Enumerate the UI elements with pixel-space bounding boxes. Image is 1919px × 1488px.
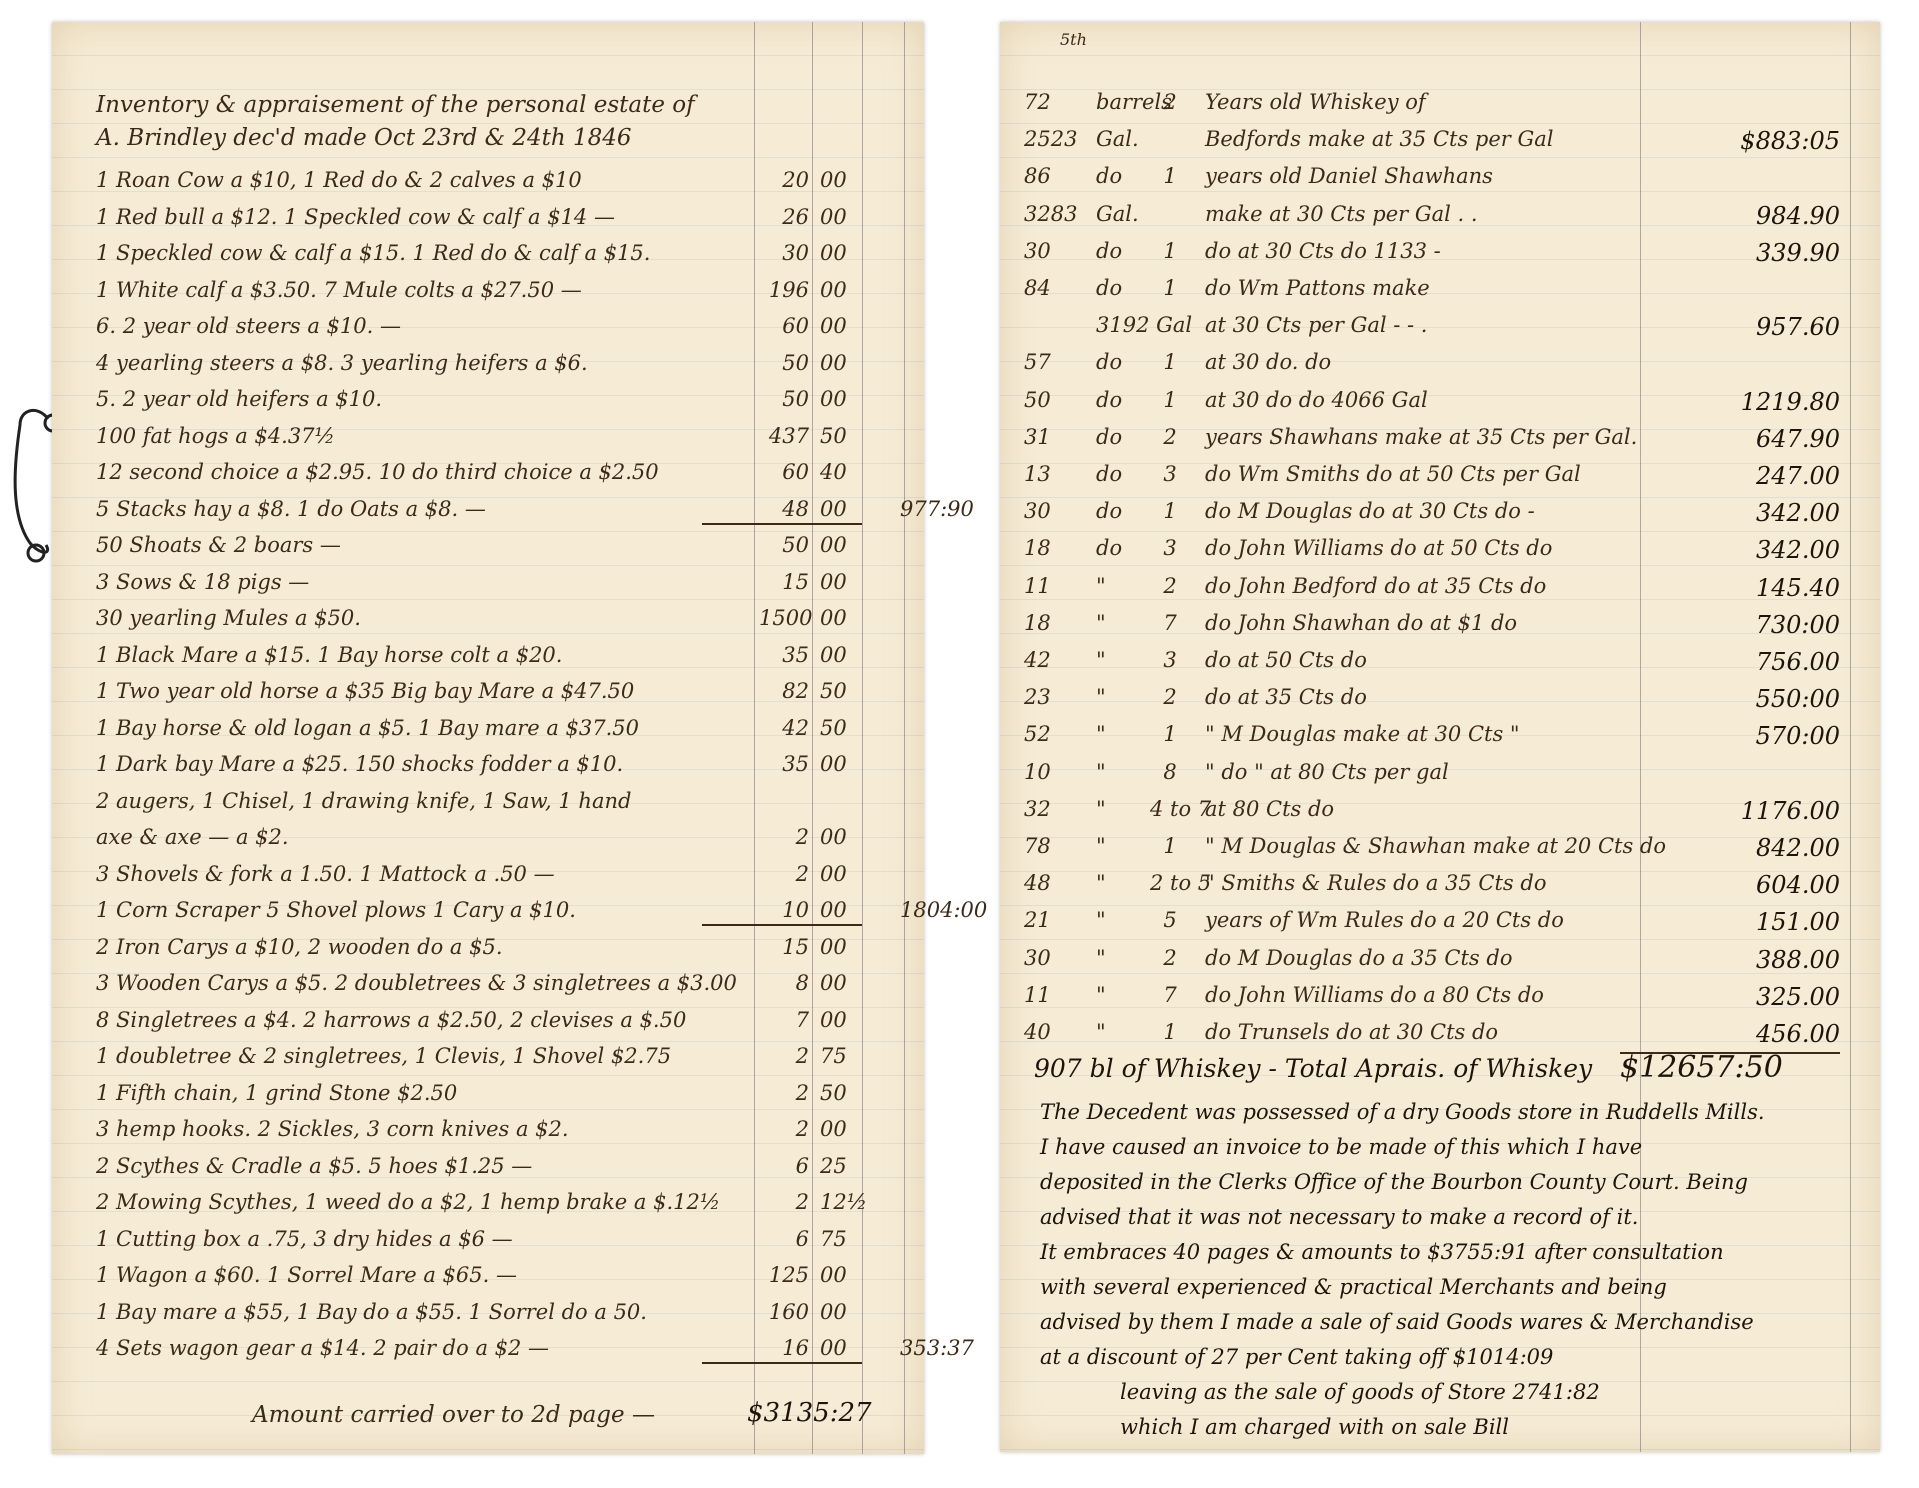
whiskey-row: 2523Gal.Bedfords make at 35 Cts per Gal$… [1000,121,1880,161]
item-cents: 00 [820,1336,860,1360]
whiskey-row: 57do1at 30 do. do [1000,344,1880,384]
inventory-row: 1 Bay horse & old logan a $5. 1 Bay mare… [52,710,924,744]
inventory-row: 5. 2 year old heifers a $10.5000 [52,381,924,415]
carried-over-total: $3135:27 [747,1398,872,1428]
item-dollars: 42 [759,716,809,740]
item-dollars: 10 [759,898,809,922]
page-subtotal: 1804:00 [900,898,987,922]
item-dollars: 20 [759,168,809,192]
barrel-count: 52 [1024,722,1084,746]
whiskey-description: " M Douglas & Shawhan make at 20 Cts do [1205,834,1666,858]
item-description: 1 Bay horse & old logan a $5. 1 Bay mare… [96,716,639,740]
barrel-count: 30 [1024,946,1084,970]
inventory-row: 2 Mowing Scythes, 1 weed do a $2, 1 hemp… [52,1184,924,1218]
item-cents: 00 [820,1300,860,1324]
item-cents: 40 [820,460,860,484]
whiskey-amount: 842.00 [1690,834,1840,862]
unit: Gal. [1096,127,1176,151]
item-cents: 00 [820,935,860,959]
age-years: 3 [1150,648,1190,672]
inventory-row: 1 Corn Scraper 5 Shovel plows 1 Cary a $… [52,892,924,926]
page-marker: 5th [1060,30,1087,49]
age-years: 1 [1150,499,1190,523]
whiskey-description: do at 35 Cts do [1205,685,1367,709]
item-description: 3 Wooden Carys a $5. 2 doubletrees & 3 s… [96,971,737,995]
item-description: 1 doubletree & 2 singletrees, 1 Clevis, … [96,1044,671,1068]
page-subtotal: 977:90 [900,497,974,521]
barrel-count: 40 [1024,1020,1084,1044]
barrel-count: 86 [1024,164,1084,188]
whiskey-amount: 339.90 [1690,239,1840,267]
item-dollars: 26 [759,205,809,229]
age-years: 7 [1150,611,1190,635]
item-dollars: 15 [759,935,809,959]
unit: Gal. [1096,202,1176,226]
item-description: 2 Scythes & Cradle a $5. 5 hoes $1.25 — [96,1154,532,1178]
whiskey-row: 18do3do John Williams do at 50 Cts do342… [1000,530,1880,570]
whiskey-amount: 247.00 [1690,462,1840,490]
barrel-count: 50 [1024,388,1084,412]
barrel-count: 21 [1024,908,1084,932]
whiskey-row: 13do3do Wm Smiths do at 50 Cts per Gal24… [1000,456,1880,496]
item-cents: 00 [820,606,860,630]
whiskey-row: 3192 Galat 30 Cts per Gal - - .957.60 [1000,307,1880,347]
whiskey-amount: 756.00 [1690,648,1840,676]
age-years: 1 [1150,276,1190,300]
inventory-row: 3 Shovels & fork a 1.50. 1 Mattock a .50… [52,856,924,890]
item-description: 1 Two year old horse a $35 Big bay Mare … [96,679,634,703]
subtotal-rule [702,523,862,525]
whiskey-row: 72barrels2Years old Whiskey of [1000,84,1880,124]
whiskey-amount: 1176.00 [1690,797,1840,825]
item-description: 1 Cutting box a .75, 3 dry hides a $6 — [96,1227,513,1251]
inventory-row: 1 Cutting box a .75, 3 dry hides a $6 —6… [52,1221,924,1255]
note-line: I have caused an invoice to be made of t… [1040,1135,1642,1159]
item-description: 5. 2 year old heifers a $10. [96,387,382,411]
whiskey-amount: 151.00 [1690,908,1840,936]
item-cents: 50 [820,679,860,703]
age-years: 1 [1150,722,1190,746]
whiskey-description: at 30 do do 4066 Gal [1205,388,1428,412]
inventory-row: 6. 2 year old steers a $10. —6000 [52,308,924,342]
age-years: 3 [1150,462,1190,486]
barrel-count: 78 [1024,834,1084,858]
item-cents: 00 [820,898,860,922]
barrel-count: 11 [1024,574,1084,598]
inventory-row: 1 Fifth chain, 1 grind Stone $2.50250 [52,1075,924,1109]
whiskey-amount: 1219.80 [1690,388,1840,416]
item-cents: 75 [820,1227,860,1251]
whiskey-row: 21"5years of Wm Rules do a 20 Cts do151.… [1000,902,1880,942]
item-dollars: 82 [759,679,809,703]
inventory-row: 1 Wagon a $60. 1 Sorrel Mare a $65. —125… [52,1257,924,1291]
age-years: 3 [1150,536,1190,560]
inventory-row: 12 second choice a $2.95. 10 do third ch… [52,454,924,488]
item-dollars: 8 [759,971,809,995]
whiskey-amount: 984.90 [1690,202,1840,230]
item-cents: 00 [820,752,860,776]
age-years: 4 to 7 [1150,797,1190,821]
item-cents: 00 [820,825,860,849]
whiskey-description: at 80 Cts do [1205,797,1334,821]
item-dollars: 437 [759,424,809,448]
item-cents: 00 [820,168,860,192]
item-dollars: 2 [759,1081,809,1105]
whiskey-row: 11"2do John Bedford do at 35 Cts do145.4… [1000,568,1880,608]
age-years: 7 [1150,983,1190,1007]
item-description: 1 Wagon a $60. 1 Sorrel Mare a $65. — [96,1263,517,1287]
whiskey-row: 30do1do at 30 Cts do 1133 -339.90 [1000,233,1880,273]
barrel-count: 11 [1024,983,1084,1007]
whiskey-description: do M Douglas do a 35 Cts do [1205,946,1512,970]
age-years: 1 [1150,350,1190,374]
age-years: 2 to 5 [1150,871,1190,895]
item-dollars: 196 [759,278,809,302]
item-cents: 00 [820,387,860,411]
item-cents: 00 [820,241,860,265]
inventory-row: 3 Wooden Carys a $5. 2 doubletrees & 3 s… [52,965,924,999]
item-description: 1 Fifth chain, 1 grind Stone $2.50 [96,1081,457,1105]
barrel-count: 3283 [1024,202,1084,226]
item-cents: 50 [820,1081,860,1105]
whiskey-description: do M Douglas do at 30 Cts do - [1205,499,1535,523]
age-years: 2 [1150,946,1190,970]
item-description: 4 Sets wagon gear a $14. 2 pair do a $2 … [96,1336,549,1360]
note-line: at a discount of 27 per Cent taking off … [1040,1345,1553,1369]
item-cents: 00 [820,1008,860,1032]
item-description: 3 Sows & 18 pigs — [96,570,309,594]
age-years: 1 [1150,164,1190,188]
subtotal-rule [702,924,862,926]
inventory-row: axe & axe — a $2.200 [52,819,924,853]
age-years: 5 [1150,908,1190,932]
item-dollars: 15 [759,570,809,594]
item-cents: 00 [820,971,860,995]
item-dollars: 48 [759,497,809,521]
age-years: 2 [1150,425,1190,449]
item-dollars: 125 [759,1263,809,1287]
whiskey-description: do Trunsels do at 30 Cts do [1205,1020,1498,1044]
note-line: advised by them I made a sale of said Go… [1040,1310,1754,1334]
barrel-count: 31 [1024,425,1084,449]
item-description: 6. 2 year old steers a $10. — [96,314,401,338]
barrel-count: 23 [1024,685,1084,709]
item-dollars: 6 [759,1227,809,1251]
item-dollars: 30 [759,241,809,265]
item-description: 2 Mowing Scythes, 1 weed do a $2, 1 hemp… [96,1190,720,1214]
whiskey-description: Bedfords make at 35 Cts per Gal [1205,127,1554,151]
whiskey-row: 78"1" M Douglas & Shawhan make at 20 Cts… [1000,828,1880,868]
whiskey-row: 30"2do M Douglas do a 35 Cts do388.00 [1000,940,1880,980]
whiskey-description: do Wm Smiths do at 50 Cts per Gal [1205,462,1581,486]
item-cents: 00 [820,497,860,521]
whiskey-description: make at 30 Cts per Gal . . [1205,202,1478,226]
whiskey-amount: 957.60 [1690,313,1840,341]
item-cents: 00 [820,570,860,594]
item-cents: 00 [820,533,860,557]
document-title-line1: Inventory & appraisement of the personal… [96,92,695,118]
inventory-row: 1 Two year old horse a $35 Big bay Mare … [52,673,924,707]
whiskey-description: years old Daniel Shawhans [1205,164,1493,188]
whiskey-amount: 388.00 [1690,946,1840,974]
whiskey-amount: 730:00 [1690,611,1840,639]
barrel-count: 18 [1024,536,1084,560]
item-description: 1 Corn Scraper 5 Shovel plows 1 Cary a $… [96,898,576,922]
item-cents: 00 [820,314,860,338]
item-description: 1 Bay mare a $55, 1 Bay do a $55. 1 Sorr… [96,1300,647,1324]
whiskey-row: 30do1do M Douglas do at 30 Cts do -342.0… [1000,493,1880,533]
item-dollars: 2 [759,825,809,849]
whiskey-description: " M Douglas make at 30 Cts " [1205,722,1520,746]
note-line: with several experienced & practical Mer… [1040,1275,1667,1299]
item-description: 4 yearling steers a $8. 3 yearling heife… [96,351,588,375]
whiskey-row: 50do1at 30 do do 4066 Gal1219.80 [1000,382,1880,422]
item-cents: 00 [820,643,860,667]
item-description: 2 Iron Carys a $10, 2 wooden do a $5. [96,935,503,959]
barrel-count: 2523 [1024,127,1084,151]
item-description: 5 Stacks hay a $8. 1 do Oats a $8. — [96,497,486,521]
whiskey-row: 23"2do at 35 Cts do550:00 [1000,679,1880,719]
item-description: 1 Dark bay Mare a $25. 150 shocks fodder… [96,752,623,776]
inventory-row: 50 Shoats & 2 boars —5000 [52,527,924,561]
item-cents: 25 [820,1154,860,1178]
inventory-row: 4 Sets wagon gear a $14. 2 pair do a $2 … [52,1330,924,1364]
age-years: 1 [1150,239,1190,263]
inventory-row: 5 Stacks hay a $8. 1 do Oats a $8. —4800… [52,491,924,525]
inventory-row: 2 Scythes & Cradle a $5. 5 hoes $1.25 —6… [52,1148,924,1182]
whiskey-row: 86do1years old Daniel Shawhans [1000,158,1880,198]
inventory-row: 30 yearling Mules a $50.150000 [52,600,924,634]
item-dollars: 50 [759,351,809,375]
item-cents: 00 [820,351,860,375]
inventory-row: 4 yearling steers a $8. 3 yearling heife… [52,345,924,379]
whiskey-amount: 342.00 [1690,499,1840,527]
whiskey-row: 42"3do at 50 Cts do756.00 [1000,642,1880,682]
whiskey-row: 31do2years Shawhans make at 35 Cts per G… [1000,419,1880,459]
inventory-row: 2 augers, 1 Chisel, 1 drawing knife, 1 S… [52,783,924,817]
item-dollars: 160 [759,1300,809,1324]
note-line: leaving as the sale of goods of Store 27… [1120,1380,1600,1404]
left-ledger-page: Inventory & appraisement of the personal… [52,22,924,1454]
item-cents: 00 [820,1263,860,1287]
whiskey-description: at 30 Cts per Gal - - . [1205,313,1427,337]
barrel-count: 72 [1024,90,1084,114]
whiskey-description: do Wm Pattons make [1205,276,1430,300]
item-dollars: 16 [759,1336,809,1360]
binder-string-icon [8,405,52,565]
whiskey-row: 52"1" M Douglas make at 30 Cts "570:00 [1000,716,1880,756]
inventory-row: 1 Bay mare a $55, 1 Bay do a $55. 1 Sorr… [52,1294,924,1328]
age-years: 2 [1150,685,1190,709]
age-years: 2 [1150,90,1190,114]
whiskey-description: " Smiths & Rules do a 35 Cts do [1205,871,1546,895]
barrel-count: 42 [1024,648,1084,672]
inventory-row: 3 hemp hooks. 2 Sickles, 3 corn knives a… [52,1111,924,1145]
whiskey-description: at 30 do. do [1205,350,1331,374]
whiskey-amount: 325.00 [1690,983,1840,1011]
unit: 3192 Gal [1096,313,1176,337]
item-dollars: 2 [759,1044,809,1068]
whiskey-description: do John Williams do a 80 Cts do [1205,983,1544,1007]
item-description: 8 Singletrees a $4. 2 harrows a $2.50, 2… [96,1008,686,1032]
subtotal-rule [702,1362,862,1364]
inventory-row: 100 fat hogs a $4.37½43750 [52,418,924,452]
item-cents: 00 [820,862,860,886]
carried-over-label: Amount carried over to 2d page — [252,1402,655,1428]
item-description: 30 yearling Mules a $50. [96,606,361,630]
inventory-row: 3 Sows & 18 pigs —1500 [52,564,924,598]
item-cents: 50 [820,716,860,740]
item-dollars: 50 [759,387,809,411]
item-description: axe & axe — a $2. [96,825,289,849]
item-cents: 00 [820,205,860,229]
whiskey-amount: 647.90 [1690,425,1840,453]
whiskey-total-amount: $12657:50 [1620,1050,1783,1085]
item-description: 100 fat hogs a $4.37½ [96,424,335,448]
barrel-count: 30 [1024,499,1084,523]
note-line: The Decedent was possessed of a dry Good… [1040,1100,1765,1124]
item-cents: 00 [820,278,860,302]
whiskey-description: do John Bedford do at 35 Cts do [1205,574,1546,598]
whiskey-description: " do " at 80 Cts per gal [1205,760,1449,784]
whiskey-amount: 570:00 [1690,722,1840,750]
age-years: 1 [1150,834,1190,858]
total-rule [1620,1052,1840,1054]
right-ledger-page: 5th 72barrels2Years old Whiskey of2523Ga… [1000,22,1880,1452]
inventory-row: 2 Iron Carys a $10, 2 wooden do a $5.150… [52,929,924,963]
item-description: 1 Black Mare a $15. 1 Bay horse colt a $… [96,643,562,667]
inventory-row: 1 Roan Cow a $10, 1 Red do & 2 calves a … [52,162,924,196]
whiskey-description: do at 30 Cts do 1133 - [1205,239,1441,263]
item-description: 1 Red bull a $12. 1 Speckled cow & calf … [96,205,615,229]
whiskey-amount: 604.00 [1690,871,1840,899]
whiskey-row: 84do1do Wm Pattons make [1000,270,1880,310]
whiskey-description: do at 50 Cts do [1205,648,1367,672]
inventory-row: 8 Singletrees a $4. 2 harrows a $2.50, 2… [52,1002,924,1036]
whiskey-row: 3283Gal.make at 30 Cts per Gal . .984.90 [1000,196,1880,236]
item-dollars: 2 [759,862,809,886]
barrel-count: 30 [1024,239,1084,263]
item-dollars: 2 [759,1190,809,1214]
item-description: 50 Shoats & 2 boars — [96,533,341,557]
whiskey-row: 48"2 to 5" Smiths & Rules do a 35 Cts do… [1000,865,1880,905]
barrel-count: 57 [1024,350,1084,374]
inventory-row: 1 White calf a $3.50. 7 Mule colts a $27… [52,272,924,306]
item-cents: 75 [820,1044,860,1068]
whiskey-amount: 145.40 [1690,574,1840,602]
item-dollars: 7 [759,1008,809,1032]
whiskey-row: 32"4 to 7 at 80 Cts do1176.00 [1000,791,1880,831]
note-line: It embraces 40 pages & amounts to $3755:… [1040,1240,1724,1264]
barrel-count: 10 [1024,760,1084,784]
item-dollars: 35 [759,752,809,776]
whiskey-amount: 456.00 [1690,1020,1840,1048]
note-line: which I am charged with on sale Bill [1120,1415,1509,1439]
age-years: 1 [1150,1020,1190,1044]
age-years: 2 [1150,574,1190,598]
item-dollars: 1500 [759,606,809,630]
age-years: 1 [1150,388,1190,412]
item-cents: 50 [820,424,860,448]
item-dollars: 60 [759,460,809,484]
barrel-count: 32 [1024,797,1084,821]
note-line: deposited in the Clerks Office of the Bo… [1040,1170,1748,1194]
barrel-count: 84 [1024,276,1084,300]
item-dollars: 6 [759,1154,809,1178]
item-cents: 12½ [820,1190,860,1214]
whiskey-description: years of Wm Rules do a 20 Cts do [1205,908,1564,932]
item-description: 12 second choice a $2.95. 10 do third ch… [96,460,659,484]
whiskey-description: Years old Whiskey of [1205,90,1426,114]
item-dollars: 60 [759,314,809,338]
item-description: 1 Speckled cow & calf a $15. 1 Red do & … [96,241,650,265]
barrel-count: 13 [1024,462,1084,486]
item-description: 3 hemp hooks. 2 Sickles, 3 corn knives a… [96,1117,569,1141]
whiskey-row: 18"7do John Shawhan do at $1 do730:00 [1000,605,1880,645]
barrel-count: 18 [1024,611,1084,635]
item-description: 1 White calf a $3.50. 7 Mule colts a $27… [96,278,582,302]
barrel-count: 48 [1024,871,1084,895]
item-dollars: 2 [759,1117,809,1141]
whiskey-row: 10"8" do " at 80 Cts per gal [1000,754,1880,794]
item-description: 1 Roan Cow a $10, 1 Red do & 2 calves a … [96,168,582,192]
whiskey-total-label: 907 bl of Whiskey - Total Aprais. of Whi… [1034,1054,1592,1083]
whiskey-description: do John Shawhan do at $1 do [1205,611,1517,635]
whiskey-description: years Shawhans make at 35 Cts per Gal. [1205,425,1637,449]
item-cents: 00 [820,1117,860,1141]
whiskey-row: 40"1do Trunsels do at 30 Cts do456.00 [1000,1014,1880,1054]
item-dollars: 35 [759,643,809,667]
item-description: 2 augers, 1 Chisel, 1 drawing knife, 1 S… [96,789,631,813]
inventory-row: 1 Black Mare a $15. 1 Bay horse colt a $… [52,637,924,671]
item-dollars: 50 [759,533,809,557]
whiskey-amount: 550:00 [1690,685,1840,713]
age-years: 8 [1150,760,1190,784]
whiskey-description: do John Williams do at 50 Cts do [1205,536,1552,560]
whiskey-amount: 342.00 [1690,536,1840,564]
page-subtotal: 353:37 [900,1336,974,1360]
inventory-row: 1 Speckled cow & calf a $15. 1 Red do & … [52,235,924,269]
inventory-row: 1 Dark bay Mare a $25. 150 shocks fodder… [52,746,924,780]
note-line: advised that it was not necessary to mak… [1040,1205,1638,1229]
whiskey-row: 11"7do John Williams do a 80 Cts do325.0… [1000,977,1880,1017]
inventory-row: 1 doubletree & 2 singletrees, 1 Clevis, … [52,1038,924,1072]
inventory-row: 1 Red bull a $12. 1 Speckled cow & calf … [52,199,924,233]
document-title-line2: A. Brindley dec'd made Oct 23rd & 24th 1… [96,125,632,151]
item-description: 3 Shovels & fork a 1.50. 1 Mattock a .50… [96,862,555,886]
whiskey-amount: $883:05 [1690,127,1840,155]
